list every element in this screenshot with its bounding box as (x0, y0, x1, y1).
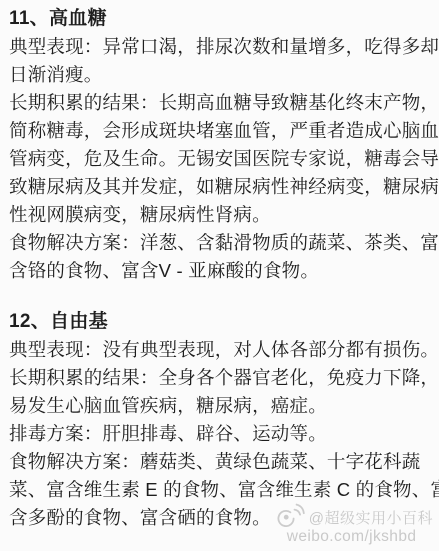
watermark-handle: @超级实用小百科 (309, 510, 433, 527)
text-line: 食物解决方案：蘑菇类、黄绿色蔬菜、十字花科蔬 (9, 448, 431, 476)
text-line: 长期积累的结果：长期高血糖导致糖基化终末产物， (9, 89, 431, 117)
text-line: 管病变，危及生命。无锡安国医院专家说，糖毒会导 (9, 145, 431, 173)
text-line: 典型表现：没有典型表现，对人体各部分都有损伤。 (9, 336, 431, 364)
text-line: 含铬的食物、富含V - 亚麻酸的食物。 (9, 257, 431, 285)
section-hyperglycemia: 11、高血糖 典型表现：异常口渴，排尿次数和量增多，吃得多却 日渐消瘦。 长期积… (9, 5, 431, 285)
watermark-url: weibo.com/jkshbd (275, 528, 433, 546)
text-line: 典型表现：异常口渴，排尿次数和量增多，吃得多却 (9, 33, 431, 61)
text-line: 食物解决方案：洋葱、含黏滑物质的蔬菜、茶类、富 (9, 229, 431, 257)
text-line: 长期积累的结果：全身各个器官老化，免疫力下降， (9, 364, 431, 392)
text-line: 易发生心脑血管疾病，糖尿病，癌症。 (9, 392, 431, 420)
weibo-text-image: { "page": { "background": "#fbfbfb", "te… (0, 0, 439, 551)
watermark: @超级实用小百科 weibo.com/jkshbd (275, 501, 433, 546)
page: 11、高血糖 典型表现：异常口渴，排尿次数和量增多，吃得多却 日渐消瘦。 长期积… (0, 0, 439, 551)
text-line: 菜、富含维生素 E 的食物、富含维生素 C 的食物、富 (9, 476, 431, 504)
section-heading: 11、高血糖 (9, 5, 431, 33)
section-heading: 12、自由基 (9, 308, 431, 336)
text-line: 性视网膜病变，糖尿病性肾病。 (9, 201, 431, 229)
weibo-icon (275, 501, 305, 527)
text-line: 致糖尿病及其并发症，如糖尿病性神经病变，糖尿病 (9, 173, 431, 201)
text-line: 简称糖毒，会形成斑块堵塞血管，严重者造成心脑血 (9, 117, 431, 145)
section-free-radicals: 12、自由基 典型表现：没有典型表现，对人体各部分都有损伤。 长期积累的结果：全… (9, 308, 431, 532)
text-line: 排毒方案：肝胆排毒、辟谷、运动等。 (9, 420, 431, 448)
text-line: 日渐消瘦。 (9, 61, 431, 89)
